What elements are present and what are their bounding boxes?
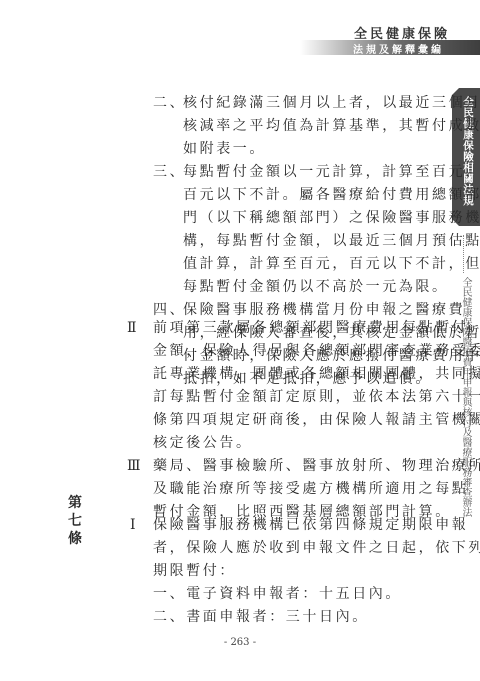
- text-line: 每點暫付金額仍以不高於一元為限。: [183, 278, 449, 296]
- text-line: 每點暫付金額以一元計算，計算至百元，: [183, 163, 480, 181]
- article-title: 第七條: [68, 494, 96, 548]
- text-line: 核減率之平均值為計算基準，其暫付成數: [183, 117, 480, 135]
- item-marker: 四、: [153, 301, 186, 319]
- header-subtitle: 法規及解釋彙編: [353, 41, 444, 56]
- text-line: 藥局、醫事檢驗所、醫事放射所、物理治療所: [153, 457, 480, 475]
- text-line: 值計算，計算至百元，百元以下不計，但: [183, 255, 480, 273]
- text-line: 金額，保險人得另與各總額部門審查業務受委: [153, 342, 480, 360]
- text-line: 保險醫事服務機構已依第四條規定期限申報: [153, 516, 468, 534]
- text-line: 訂每點暫付金額訂定原則，並依本法第六十一: [153, 388, 480, 406]
- text-line: 者，保險人應於收到申報文件之日起，依下列: [153, 539, 480, 557]
- text-line: 託專業機構、團體或各總額相關團體，共同擬: [153, 365, 480, 383]
- page-number: - 263 -: [0, 637, 480, 648]
- paragraph-marker: Ⅲ: [127, 457, 141, 475]
- item-marker: 三、: [153, 163, 186, 181]
- text-line: 條第四項規定研商後，由保險人報請主管機關: [153, 411, 480, 429]
- paragraph-marker: Ⅱ: [127, 319, 137, 337]
- list-item: 一、電子資料申報者：十五日內。: [153, 585, 402, 603]
- text-line: 期限暫付：: [153, 562, 236, 580]
- text-line: 及職能治療所等接受處方機構所適用之每點: [153, 480, 468, 498]
- text-line: 前項第三款屬各總額部門醫療費用每點暫付: [153, 319, 468, 337]
- list-item: 二、書面申報者：三十日內。: [153, 608, 369, 626]
- text-line: 構，每點暫付金額，以最近三個月預估點: [183, 232, 480, 250]
- item-marker: 二、: [153, 94, 186, 112]
- text-line: 如附表一。: [183, 140, 266, 158]
- text-line: 核定後公告。: [153, 434, 253, 452]
- text-line: 門（以下稱總額部門）之保險醫事服務機: [183, 209, 480, 227]
- text-line: 核付紀錄滿三個月以上者，以最近三個月: [183, 94, 480, 112]
- text-line: 保險醫事服務機構當月份申報之醫療費: [183, 301, 465, 319]
- text-line: 百元以下不計。屬各醫療給付費用總額部: [183, 186, 480, 204]
- paragraph-marker: Ⅰ: [130, 516, 136, 534]
